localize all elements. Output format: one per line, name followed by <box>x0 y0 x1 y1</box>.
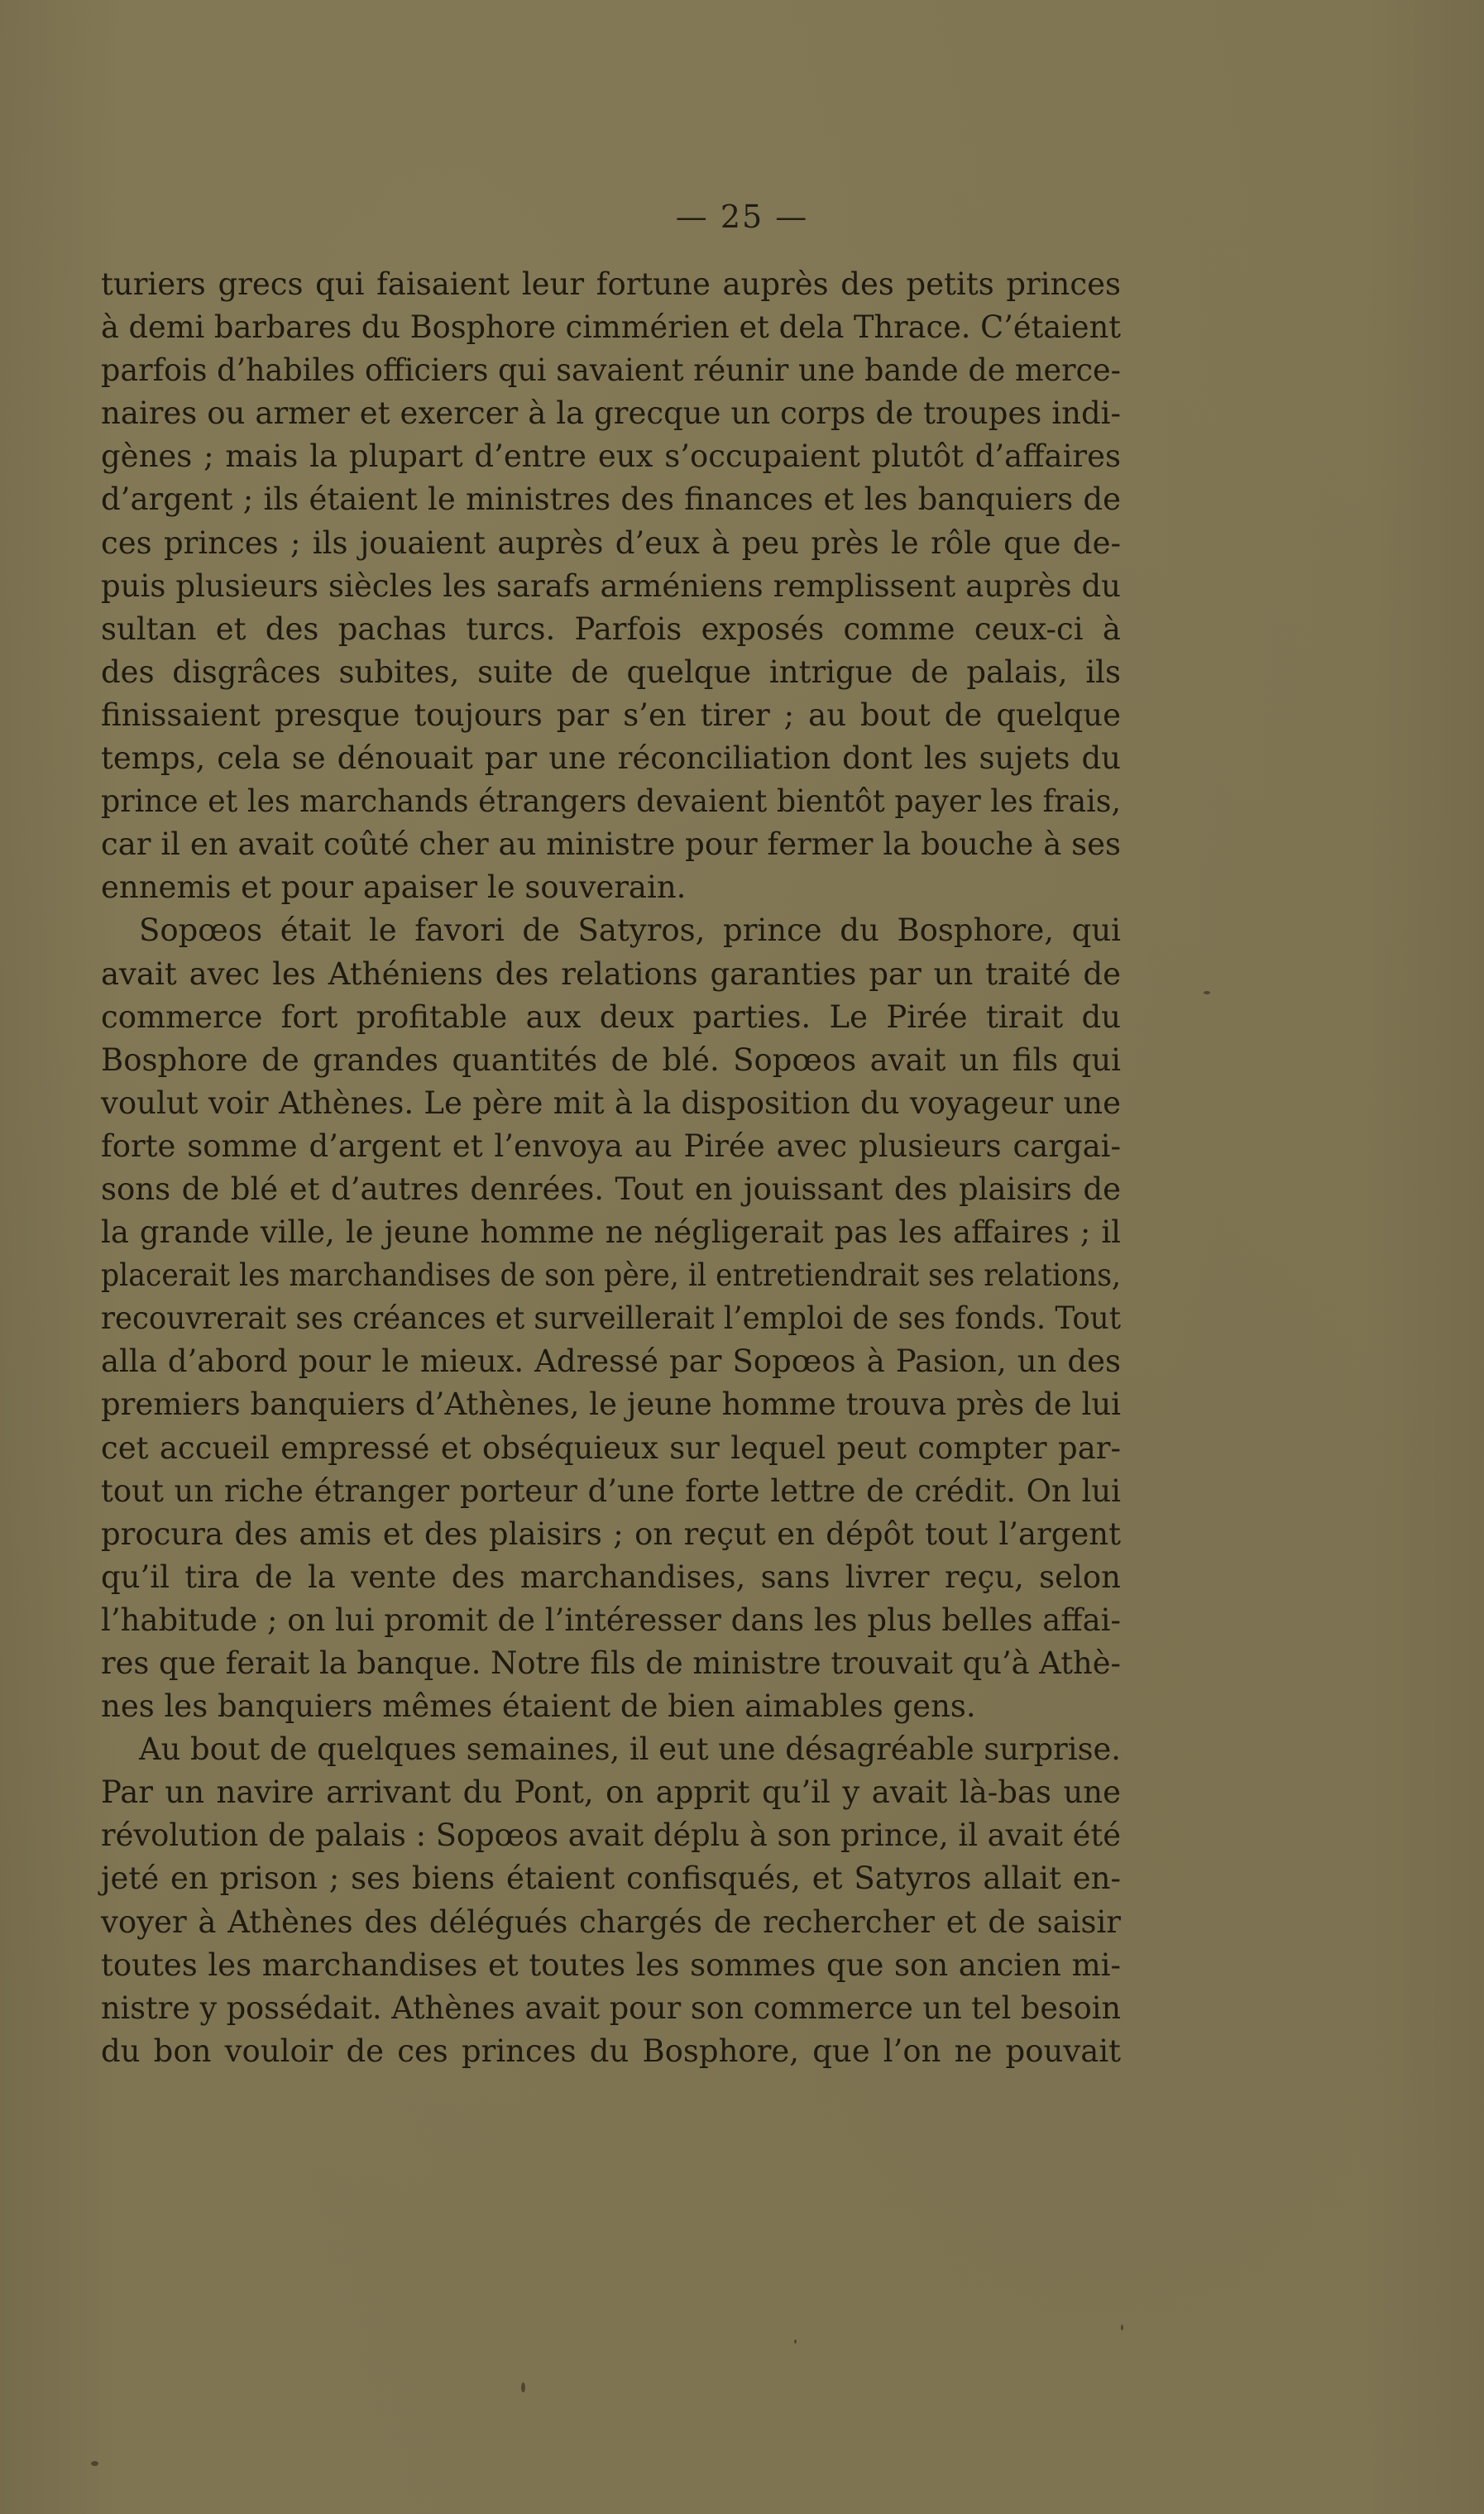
text-line: turiers grecs qui faisaient leur fortune… <box>101 263 1121 306</box>
paragraph-start-line: Sopœos était le favori de Satyros, princ… <box>101 909 1121 952</box>
paragraph-end-line: nes les banquiers mêmes étaient de bien … <box>101 1685 1121 1728</box>
text-line: d’argent ; ils étaient le ministres des … <box>101 478 1121 521</box>
text-line: temps, cela se dénouait par une réconcil… <box>101 737 1121 780</box>
text-line: procura des amis et des plaisirs ; on re… <box>101 1513 1121 1556</box>
text-line: qu’il tira de la vente des marchandises,… <box>101 1556 1121 1599</box>
text-line: gènes ; mais la plupart d’entre eux s’oc… <box>101 435 1121 478</box>
text-line: recouvrerait ses créances et surveillera… <box>101 1297 1121 1340</box>
text-line: des disgrâces subites, suite de quelque … <box>101 651 1121 694</box>
text-line: sons de blé et d’autres denrées. Tout en… <box>101 1168 1121 1211</box>
text-line: Bosphore de grandes quantités de blé. So… <box>101 1039 1121 1082</box>
text-line: à demi barbares du Bosphore cimmérien et… <box>101 306 1121 349</box>
paper-speck <box>794 2339 797 2344</box>
text-line: commerce fort profitable aux deux partie… <box>101 996 1121 1039</box>
text-line: voyer à Athènes des délégués chargés de … <box>101 1901 1121 1944</box>
text-line: cet accueil empressé et obséquieux sur l… <box>101 1427 1121 1470</box>
text-line: parfois d’habiles officiers qui savaient… <box>101 349 1121 392</box>
text-line: jeté en prison ; ses biens étaient confi… <box>101 1857 1121 1900</box>
text-line: Par un navire arrivant du Pont, on appri… <box>101 1771 1121 1814</box>
text-line: naires ou armer et exercer à la grecque … <box>101 392 1121 435</box>
paper-speck <box>1204 991 1210 994</box>
text-line: toutes les marchandises et toutes les so… <box>101 1944 1121 1987</box>
text-line: sultan et des pachas turcs. Parfois expo… <box>101 608 1121 651</box>
paper-speck <box>521 2382 525 2392</box>
page-number: — 25 — <box>0 199 1484 235</box>
text-line: premiers banquiers d’Athènes, le jeune h… <box>101 1383 1121 1426</box>
paper-speck <box>1121 2325 1123 2330</box>
text-line: nistre y possédait. Athènes avait pour s… <box>101 1987 1121 2030</box>
text-line: ces princes ; ils jouaient auprès d’eux … <box>101 522 1121 565</box>
text-line: finissaient presque toujours par s’en ti… <box>101 694 1121 737</box>
text-line: forte somme d’argent et l’envoya au Piré… <box>101 1125 1121 1168</box>
book-page: — 25 — turiers grecs qui faisaient leur … <box>0 0 1484 2514</box>
text-line: alla d’abord pour le mieux. Adressé par … <box>101 1340 1121 1383</box>
text-line: tout un riche étranger porteur d’une for… <box>101 1470 1121 1513</box>
text-line: voulut voir Athènes. Le père mit à la di… <box>101 1082 1121 1125</box>
body-text: turiers grecs qui faisaient leur fortune… <box>101 263 1121 2073</box>
text-line: du bon vouloir de ces princes du Bosphor… <box>101 2030 1121 2073</box>
paragraph-start-line: Au bout de quelques semaines, il eut une… <box>101 1728 1121 1771</box>
text-line: placerait les marchandises de son père, … <box>101 1254 1121 1297</box>
paper-speck <box>91 2461 98 2466</box>
text-line: la grande ville, le jeune homme ne négli… <box>101 1211 1121 1254</box>
text-line: car il en avait coûté cher au ministre p… <box>101 823 1121 866</box>
text-line: prince et les marchands étrangers devaie… <box>101 780 1121 823</box>
text-line: puis plusieurs siècles les sarafs arméni… <box>101 565 1121 608</box>
paragraph-end-line: ennemis et pour apaiser le souverain. <box>101 866 1121 909</box>
text-line: révolution de palais : Sopœos avait dépl… <box>101 1814 1121 1857</box>
text-line: res que ferait la banque. Notre fils de … <box>101 1642 1121 1685</box>
text-line: avait avec les Athéniens des relations g… <box>101 953 1121 996</box>
text-line: l’habitude ; on lui promit de l’intéress… <box>101 1599 1121 1642</box>
